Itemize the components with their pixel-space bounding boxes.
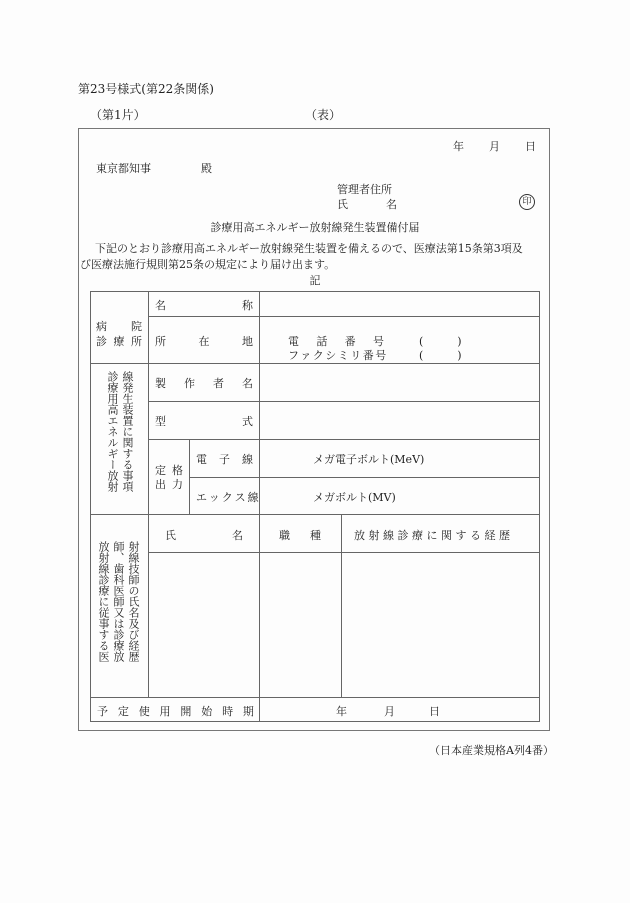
grid-line bbox=[148, 291, 149, 697]
body-text-line2: び医療法施行規則第25条の規定により届け出ます。 bbox=[80, 256, 335, 272]
label-char: 出 bbox=[155, 476, 166, 492]
label-char: 称 bbox=[242, 297, 253, 313]
label-char: 作 bbox=[184, 375, 195, 391]
maker-label: 製 作 者 名 bbox=[155, 375, 253, 391]
label-char: 所 bbox=[131, 333, 142, 349]
label-char: 名 bbox=[386, 196, 397, 212]
grid-line bbox=[259, 291, 260, 722]
label-char: 氏 bbox=[337, 196, 348, 212]
grid-line bbox=[90, 697, 539, 698]
facility-location-label: 所 在 地 bbox=[155, 333, 253, 349]
label-char: 時 bbox=[222, 703, 233, 719]
model-label: 型 式 bbox=[155, 413, 253, 429]
grid-line bbox=[189, 439, 190, 514]
label-char: 製 bbox=[155, 375, 166, 391]
label-char: 氏 bbox=[165, 527, 176, 543]
paper-size-note: （日本産業規格A列4番） bbox=[429, 742, 554, 758]
label-char: 使 bbox=[139, 703, 150, 719]
label-char: 式 bbox=[242, 413, 253, 429]
label-char: 始 bbox=[201, 703, 212, 719]
grid-line bbox=[148, 401, 539, 402]
rated-output-label-line2: 出 力 bbox=[155, 476, 183, 492]
label-char: 子 bbox=[219, 451, 230, 467]
sheet-side: （表） bbox=[305, 106, 341, 123]
model-field[interactable] bbox=[262, 404, 537, 436]
planned-start-year[interactable]: 年 bbox=[336, 703, 347, 719]
fax-label: ファクシミリ番号 bbox=[288, 347, 388, 363]
label-char: 所 bbox=[155, 333, 166, 349]
label-char: 診 bbox=[96, 333, 107, 349]
electron-beam-field[interactable]: メガ電子ボルト(MeV) bbox=[313, 451, 424, 467]
label-char: 名 bbox=[232, 527, 243, 543]
ki-heading: 記 bbox=[0, 272, 630, 288]
addressee: 東京都知事 bbox=[96, 160, 151, 176]
planned-start-day[interactable]: 日 bbox=[429, 703, 440, 719]
label-char: 療 bbox=[114, 333, 125, 349]
grid-line bbox=[90, 514, 539, 515]
label-char: 線 bbox=[242, 451, 253, 467]
label-char: 電 bbox=[196, 451, 207, 467]
label-char: 種 bbox=[310, 527, 321, 543]
label-char: 院 bbox=[131, 318, 142, 334]
sheet-number: （第1片） bbox=[90, 106, 146, 123]
grid-line bbox=[90, 363, 539, 364]
xray-field[interactable]: メガボルト(MV) bbox=[313, 489, 396, 505]
hospital-section-label: 病 院 bbox=[96, 318, 142, 334]
seal-icon: 印 bbox=[519, 194, 535, 210]
label-char: 在 bbox=[199, 333, 210, 349]
seal-mark: 印 bbox=[519, 194, 535, 210]
planned-start-month[interactable]: 月 bbox=[384, 703, 395, 719]
submit-date-year: 年 bbox=[453, 138, 464, 154]
staff-name-header: 氏 名 bbox=[165, 527, 243, 543]
facility-name-label: 名 称 bbox=[155, 297, 253, 313]
staff-history-field[interactable] bbox=[344, 555, 537, 694]
form-number: 第23号様式(第22条関係) bbox=[78, 80, 214, 97]
label-char: 名 bbox=[242, 375, 253, 391]
electron-beam-label: 電 子 線 bbox=[196, 451, 253, 467]
submit-date-day: 日 bbox=[525, 138, 536, 154]
manager-address-label: 管理者住所 bbox=[337, 181, 392, 197]
grid-line bbox=[148, 552, 539, 553]
staff-section-label-col3: 射線技師の氏名及び経歴 bbox=[126, 541, 141, 662]
staff-job-field[interactable] bbox=[262, 555, 339, 694]
staff-history-header: 放 射 線 診 療 に 関 す る 経 歴 bbox=[354, 527, 510, 543]
staff-job-header: 職 種 bbox=[279, 527, 321, 543]
label-char: 病 bbox=[96, 318, 107, 334]
form-title: 診療用高エネルギー放射線発生装置備付届 bbox=[0, 219, 630, 235]
addressee-honorific: 殿 bbox=[201, 160, 212, 176]
staff-name-field[interactable] bbox=[151, 555, 256, 694]
body-text-line1: 下記のとおり診療用高エネルギー放射線発生装置を備えるので、医療法第15条第3項及 bbox=[95, 240, 523, 256]
fax-field[interactable]: ( ) bbox=[419, 347, 466, 363]
label-char: 定 bbox=[118, 703, 129, 719]
label-char: 用 bbox=[160, 703, 171, 719]
planned-start-label: 予 定 使 用 開 始 時 期 bbox=[97, 703, 254, 719]
label-char: 期 bbox=[243, 703, 254, 719]
manager-name-label: 氏 名 bbox=[337, 196, 397, 212]
grid-line bbox=[148, 316, 539, 317]
maker-field[interactable] bbox=[262, 366, 537, 398]
xray-label: エックス線 bbox=[196, 489, 261, 505]
facility-name-field[interactable] bbox=[262, 294, 537, 314]
grid-line bbox=[341, 514, 342, 697]
submit-date-month: 月 bbox=[489, 138, 500, 154]
staff-section-label-col1: 放射線診療に従事する医 bbox=[96, 541, 111, 662]
grid-line bbox=[189, 477, 539, 478]
label-char: 開 bbox=[180, 703, 191, 719]
device-section-label-col2: 線発生装置に関する事項 bbox=[120, 371, 135, 492]
device-section-label-col1: 診療用高エネルギー放射 bbox=[105, 371, 120, 492]
label-char: 地 bbox=[242, 333, 253, 349]
grid-line bbox=[148, 439, 539, 440]
label-char: 予 bbox=[97, 703, 108, 719]
clinic-section-label: 診 療 所 bbox=[96, 333, 142, 349]
label-char: 型 bbox=[155, 413, 166, 429]
staff-section-label-col2: 師、歯科医師又は診療放 bbox=[111, 541, 126, 662]
label-char: 力 bbox=[172, 476, 183, 492]
label-char: 者 bbox=[213, 375, 224, 391]
label-char: 職 bbox=[279, 527, 290, 543]
label-char: 名 bbox=[155, 297, 166, 313]
